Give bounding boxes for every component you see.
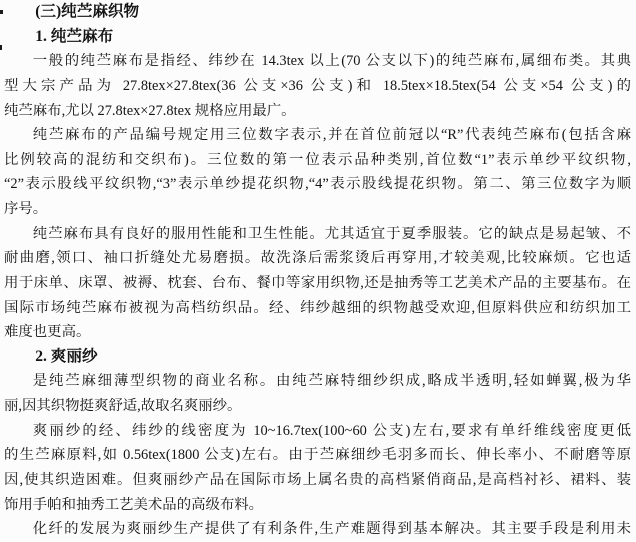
scan-artifact [0,45,2,50]
subheading-2: 2. 爽丽纱 [4,345,631,370]
text-line: 是纯苎麻细薄型织物的商业名称。由纯苎麻特细纱织成,略成半透明,轻如蝉翼,极为华 [4,369,631,394]
text-line: 一般的纯苎麻布是指经、纬纱在 14.3tex 以上(70 公支以下)的纯苎麻布,… [4,49,631,74]
text-line: 型大宗产品为 27.8tex×27.8tex(36 公支×36 公支)和 18.… [4,74,631,99]
text-line: 爽丽纱的经、纬纱的线密度为 10~16.7tex(100~60 公支)左右,要求… [4,419,631,444]
section-heading: (三)纯苎麻织物 [4,0,631,25]
text-line: 纯苎麻布,尤以 27.8tex×27.8tex 规格应用最广。 [4,99,631,124]
text-line: 化纤的发展为爽丽纱生产提供了有利条件,生产难题得到基本解决。其主要手段是利用未 [4,517,631,542]
text-line: 的生苎麻原料,如 0.56tex(1800 公支)左右。由于苎麻细纱毛羽多而长、… [4,443,631,468]
text-line: 丽,因其织物挺爽舒适,故取名爽丽纱。 [4,394,631,419]
scan-artifact [0,10,3,14]
document-page: (三)纯苎麻织物 1. 纯苎麻布 一般的纯苎麻布是指经、纬纱在 14.3tex … [4,0,631,542]
text-line: 因,使其织造困难。但爽丽纱产品在国际市场上属名贵的高档紧俏商品,是高档衬衫、裙料… [4,468,631,493]
text-line: 纯苎麻布具有良好的服用性能和卫生性能。尤其适宜于夏季服装。它的缺点是易起皱、不 [4,222,631,247]
text-line: 耐曲磨,领口、袖口折缝处尤易磨损。故洗涤后需浆烫后再穿用,才较美观,比较麻烦。它… [4,246,631,271]
text-line: 纯苎麻布的产品编号规定用三位数字表示,并在首位前冠以“R”代表纯苎麻布(包括含麻 [4,123,631,148]
text-line: 饰用手帕和抽秀工艺美术品的高级布料。 [4,493,631,518]
text-line: 比例较高的混纺和交织布)。三位数的第一位表示品种类别,首位数“1”表示单纱平纹织… [4,148,631,173]
text-line: “2”表示股线平纹织物,“3”表示单纱提花织物,“4”表示股线提花织物。第二、第… [4,172,631,197]
text-line: 国际市场纯苎麻布被视为高档纺织品。经、纬纱越细的织物越受欢迎,但原料供应和纺织加… [4,296,631,321]
text-line: 难度也更高。 [4,320,631,345]
subheading-1: 1. 纯苎麻布 [4,25,631,50]
text-line: 用于床单、床罩、被褥、枕套、台布、餐巾等家用织物,还是抽秀等工艺美术产品的主要基… [4,271,631,296]
text-line: 序号。 [4,197,631,222]
